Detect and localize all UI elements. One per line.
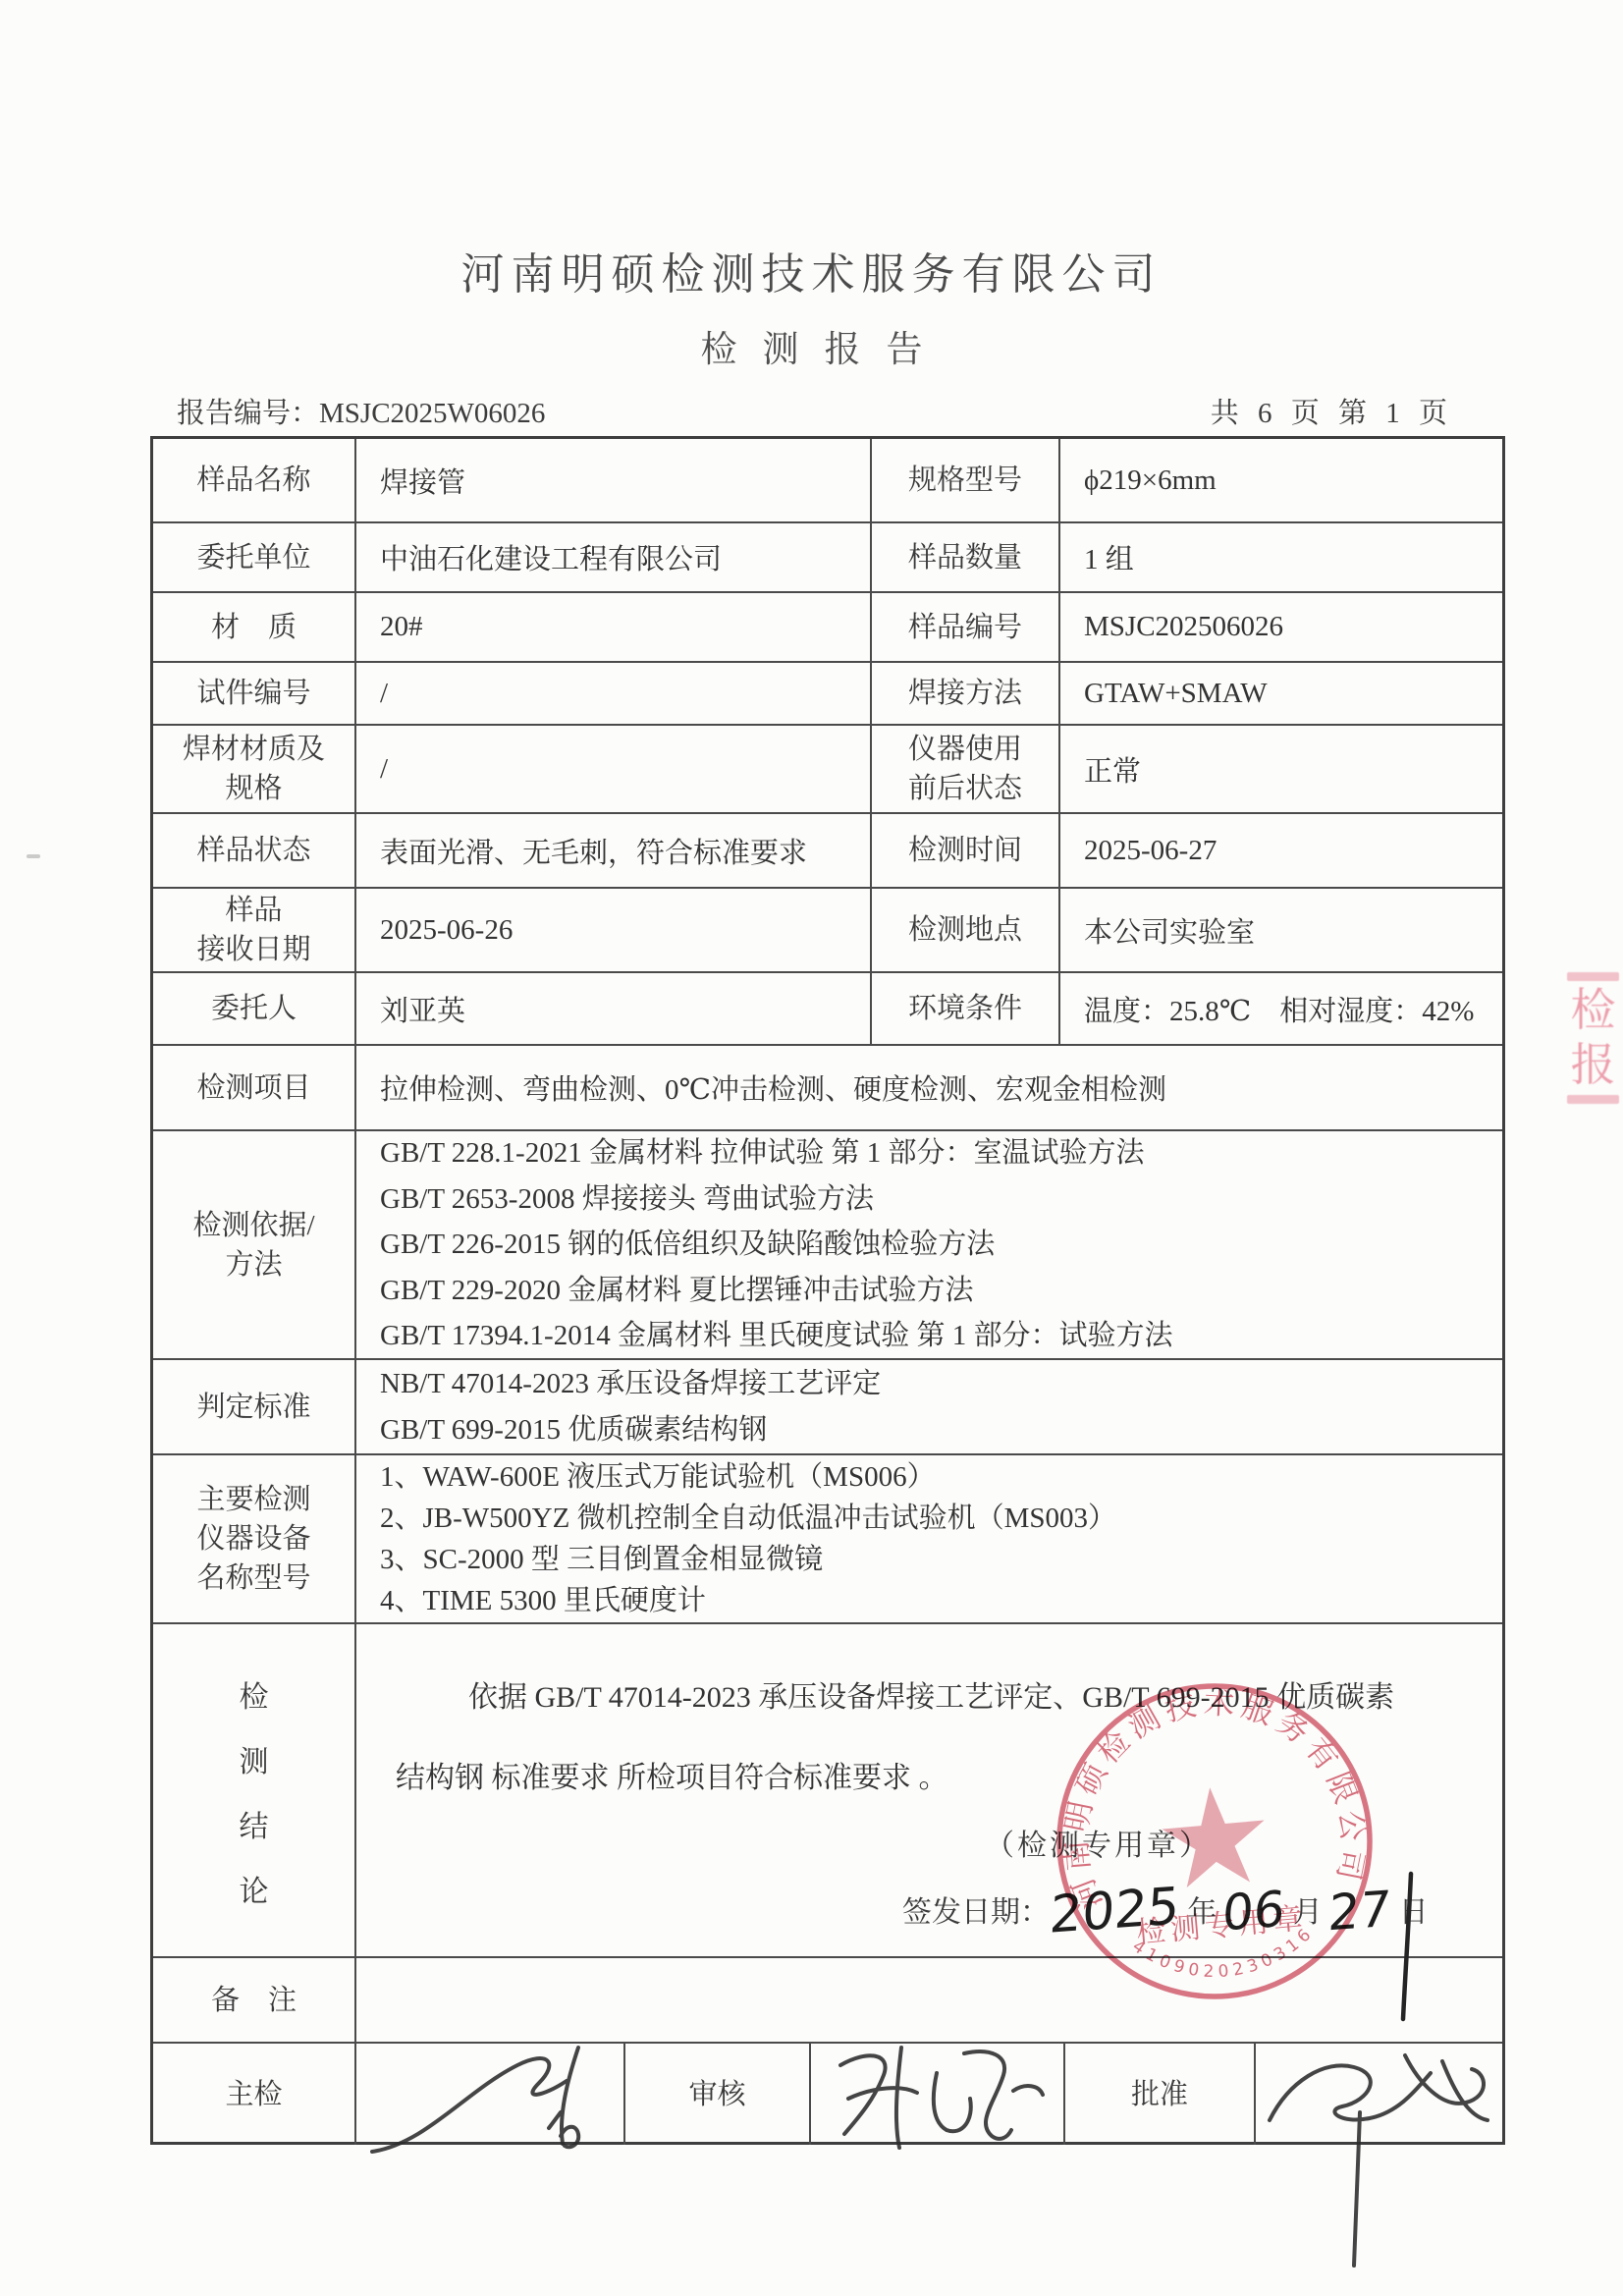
cell-sample-no-value: MSJC202506026 (1058, 593, 1508, 661)
cell-criteria-value: NB/T 47014-2023 承压设备焊接工艺评定 GB/T 699-2015… (354, 1360, 1508, 1453)
cell-environment-label: 环境条件 (870, 973, 1058, 1044)
cell-weld-method-label: 焊接方法 (870, 663, 1058, 724)
cell-quantity-value: 1 组 (1058, 523, 1508, 591)
cell-criteria-label: 判定标准 (153, 1360, 354, 1453)
report-number-value: MSJC2025W06026 (319, 398, 545, 429)
cell-location-label: 检测地点 (870, 889, 1058, 971)
cell-weld-material-label: 焊材材质及 规格 (153, 726, 354, 812)
cell-test-basis-value: GB/T 228.1-2021 金属材料 拉伸试验 第 1 部分：室温试验方法 … (354, 1131, 1508, 1358)
cell-test-time-value: 2025-06-27 (1058, 814, 1508, 887)
edge-seal-smudge-top (1567, 972, 1619, 981)
document-title: 检测报告 (0, 319, 1623, 372)
row-sample-name: 样品名称 焊接管 规格型号 ϕ219×6mm (153, 439, 1502, 521)
cell-test-time-label: 检测时间 (870, 814, 1058, 887)
cell-receive-date-value: 2025-06-26 (354, 889, 870, 971)
edge-seal-smudge-bottom (1567, 1095, 1619, 1104)
cell-environment-value: 温度：25.8℃ 相对湿度：42% (1058, 973, 1508, 1044)
cell-spec-value: ϕ219×6mm (1058, 439, 1508, 521)
cell-review-label: 审核 (623, 2044, 809, 2145)
row-criteria: 判定标准 NB/T 47014-2023 承压设备焊接工艺评定 GB/T 699… (153, 1358, 1502, 1453)
cell-approve-signature (1254, 2044, 1508, 2145)
company-seal: 河南明硕检测技术服务有限公司 检测专用章 4109020230316 (1032, 1659, 1398, 2025)
cell-sample-name-value: 焊接管 (354, 439, 870, 521)
cell-quantity-label: 样品数量 (870, 523, 1058, 591)
cell-review-signature (809, 2044, 1063, 2145)
cell-location-value: 本公司实验室 (1058, 889, 1508, 971)
cell-sample-state-label: 样品状态 (153, 814, 354, 887)
cell-receive-date-label: 样品 接收日期 (153, 889, 354, 971)
cell-chief-signature (354, 2044, 623, 2145)
report-page: 河南明硕检测技术服务有限公司 检测报告 报告编号：MSJC2025W06026 … (0, 0, 1623, 2296)
cell-equipment-value: 1、WAW-600E 液压式万能试验机（MS006） 2、JB-W500YZ 微… (354, 1455, 1508, 1622)
meta-line: 报告编号：MSJC2025W06026 共 6 页 第 1 页 (0, 391, 1623, 424)
page-info: 共 6 页 第 1 页 (1211, 391, 1453, 431)
edge-seal: 检 报 (1563, 970, 1623, 1142)
row-test-basis: 检测依据/ 方法 GB/T 228.1-2021 金属材料 拉伸试验 第 1 部… (153, 1129, 1502, 1358)
row-equipment: 主要检测 仪器设备 名称型号 1、WAW-600E 液压式万能试验机（MS006… (153, 1453, 1502, 1622)
row-receive-date: 样品 接收日期 2025-06-26 检测地点 本公司实验室 (153, 887, 1502, 971)
report-number-label: 报告编号： (177, 398, 319, 429)
cell-equipment-label: 主要检测 仪器设备 名称型号 (153, 1455, 354, 1622)
cell-specimen-no-label: 试件编号 (153, 663, 354, 724)
row-client-person: 委托人 刘亚英 环境条件 温度：25.8℃ 相对湿度：42% (153, 971, 1502, 1044)
row-weld-material: 焊材材质及 规格 / 仪器使用 前后状态 正常 (153, 724, 1502, 812)
cell-material-label: 材 质 (153, 593, 354, 661)
scan-artifact (27, 854, 40, 858)
cell-test-items-value: 拉伸检测、弯曲检测、0℃冲击检测、硬度检测、宏观金相检测 (354, 1046, 1508, 1129)
cell-spec-label: 规格型号 (870, 439, 1058, 521)
row-specimen-no: 试件编号 / 焊接方法 GTAW+SMAW (153, 661, 1502, 724)
seal-star-icon (1159, 1783, 1270, 1889)
cell-test-items-label: 检测项目 (153, 1046, 354, 1129)
cell-client-value: 中油石化建设工程有限公司 (354, 523, 870, 591)
row-material: 材 质 20# 样品编号 MSJC202506026 (153, 591, 1502, 661)
cell-sample-name-label: 样品名称 (153, 439, 354, 521)
cell-weld-method-value: GTAW+SMAW (1058, 663, 1508, 724)
cell-client-person-label: 委托人 (153, 973, 354, 1044)
review-signature (811, 2026, 1065, 2183)
row-signatures: 主检 审核 (153, 2042, 1502, 2145)
cell-sample-no-label: 样品编号 (870, 593, 1058, 661)
cell-client-label: 委托单位 (153, 523, 354, 591)
cell-instrument-state-value: 正常 (1058, 726, 1508, 812)
cell-specimen-no-value: / (354, 663, 870, 724)
cell-test-basis-label: 检测依据/ 方法 (153, 1131, 354, 1358)
row-client: 委托单位 中油石化建设工程有限公司 样品数量 1 组 (153, 521, 1502, 591)
cell-client-person-value: 刘亚英 (354, 973, 870, 1044)
row-test-items: 检测项目 拉伸检测、弯曲检测、0℃冲击检测、硬度检测、宏观金相检测 (153, 1044, 1502, 1129)
cell-chief-label: 主检 (153, 2044, 354, 2145)
cell-remark-label: 备 注 (153, 1958, 354, 2042)
cell-sample-state-value: 表面光滑、无毛刺，符合标准要求 (354, 814, 870, 887)
cell-conclusion-label: 检 测 结 论 (153, 1624, 354, 1956)
approve-signature (1256, 2026, 1510, 2281)
company-title: 河南明硕检测技术服务有限公司 (0, 239, 1623, 301)
edge-seal-char-2: 报 (1563, 1038, 1623, 1093)
cell-material-value: 20# (354, 593, 870, 661)
issue-date-label: 签发日期： (902, 1896, 1050, 1929)
chief-signature (356, 2026, 625, 2183)
report-number: 报告编号：MSJC2025W06026 (177, 391, 545, 431)
cell-approve-label: 批准 (1063, 2044, 1254, 2145)
cell-instrument-state-label: 仪器使用 前后状态 (870, 726, 1058, 812)
row-sample-state: 样品状态 表面光滑、无毛刺，符合标准要求 检测时间 2025-06-27 (153, 812, 1502, 887)
cell-weld-material-value: / (354, 726, 870, 812)
edge-seal-char-1: 检 (1563, 983, 1623, 1038)
